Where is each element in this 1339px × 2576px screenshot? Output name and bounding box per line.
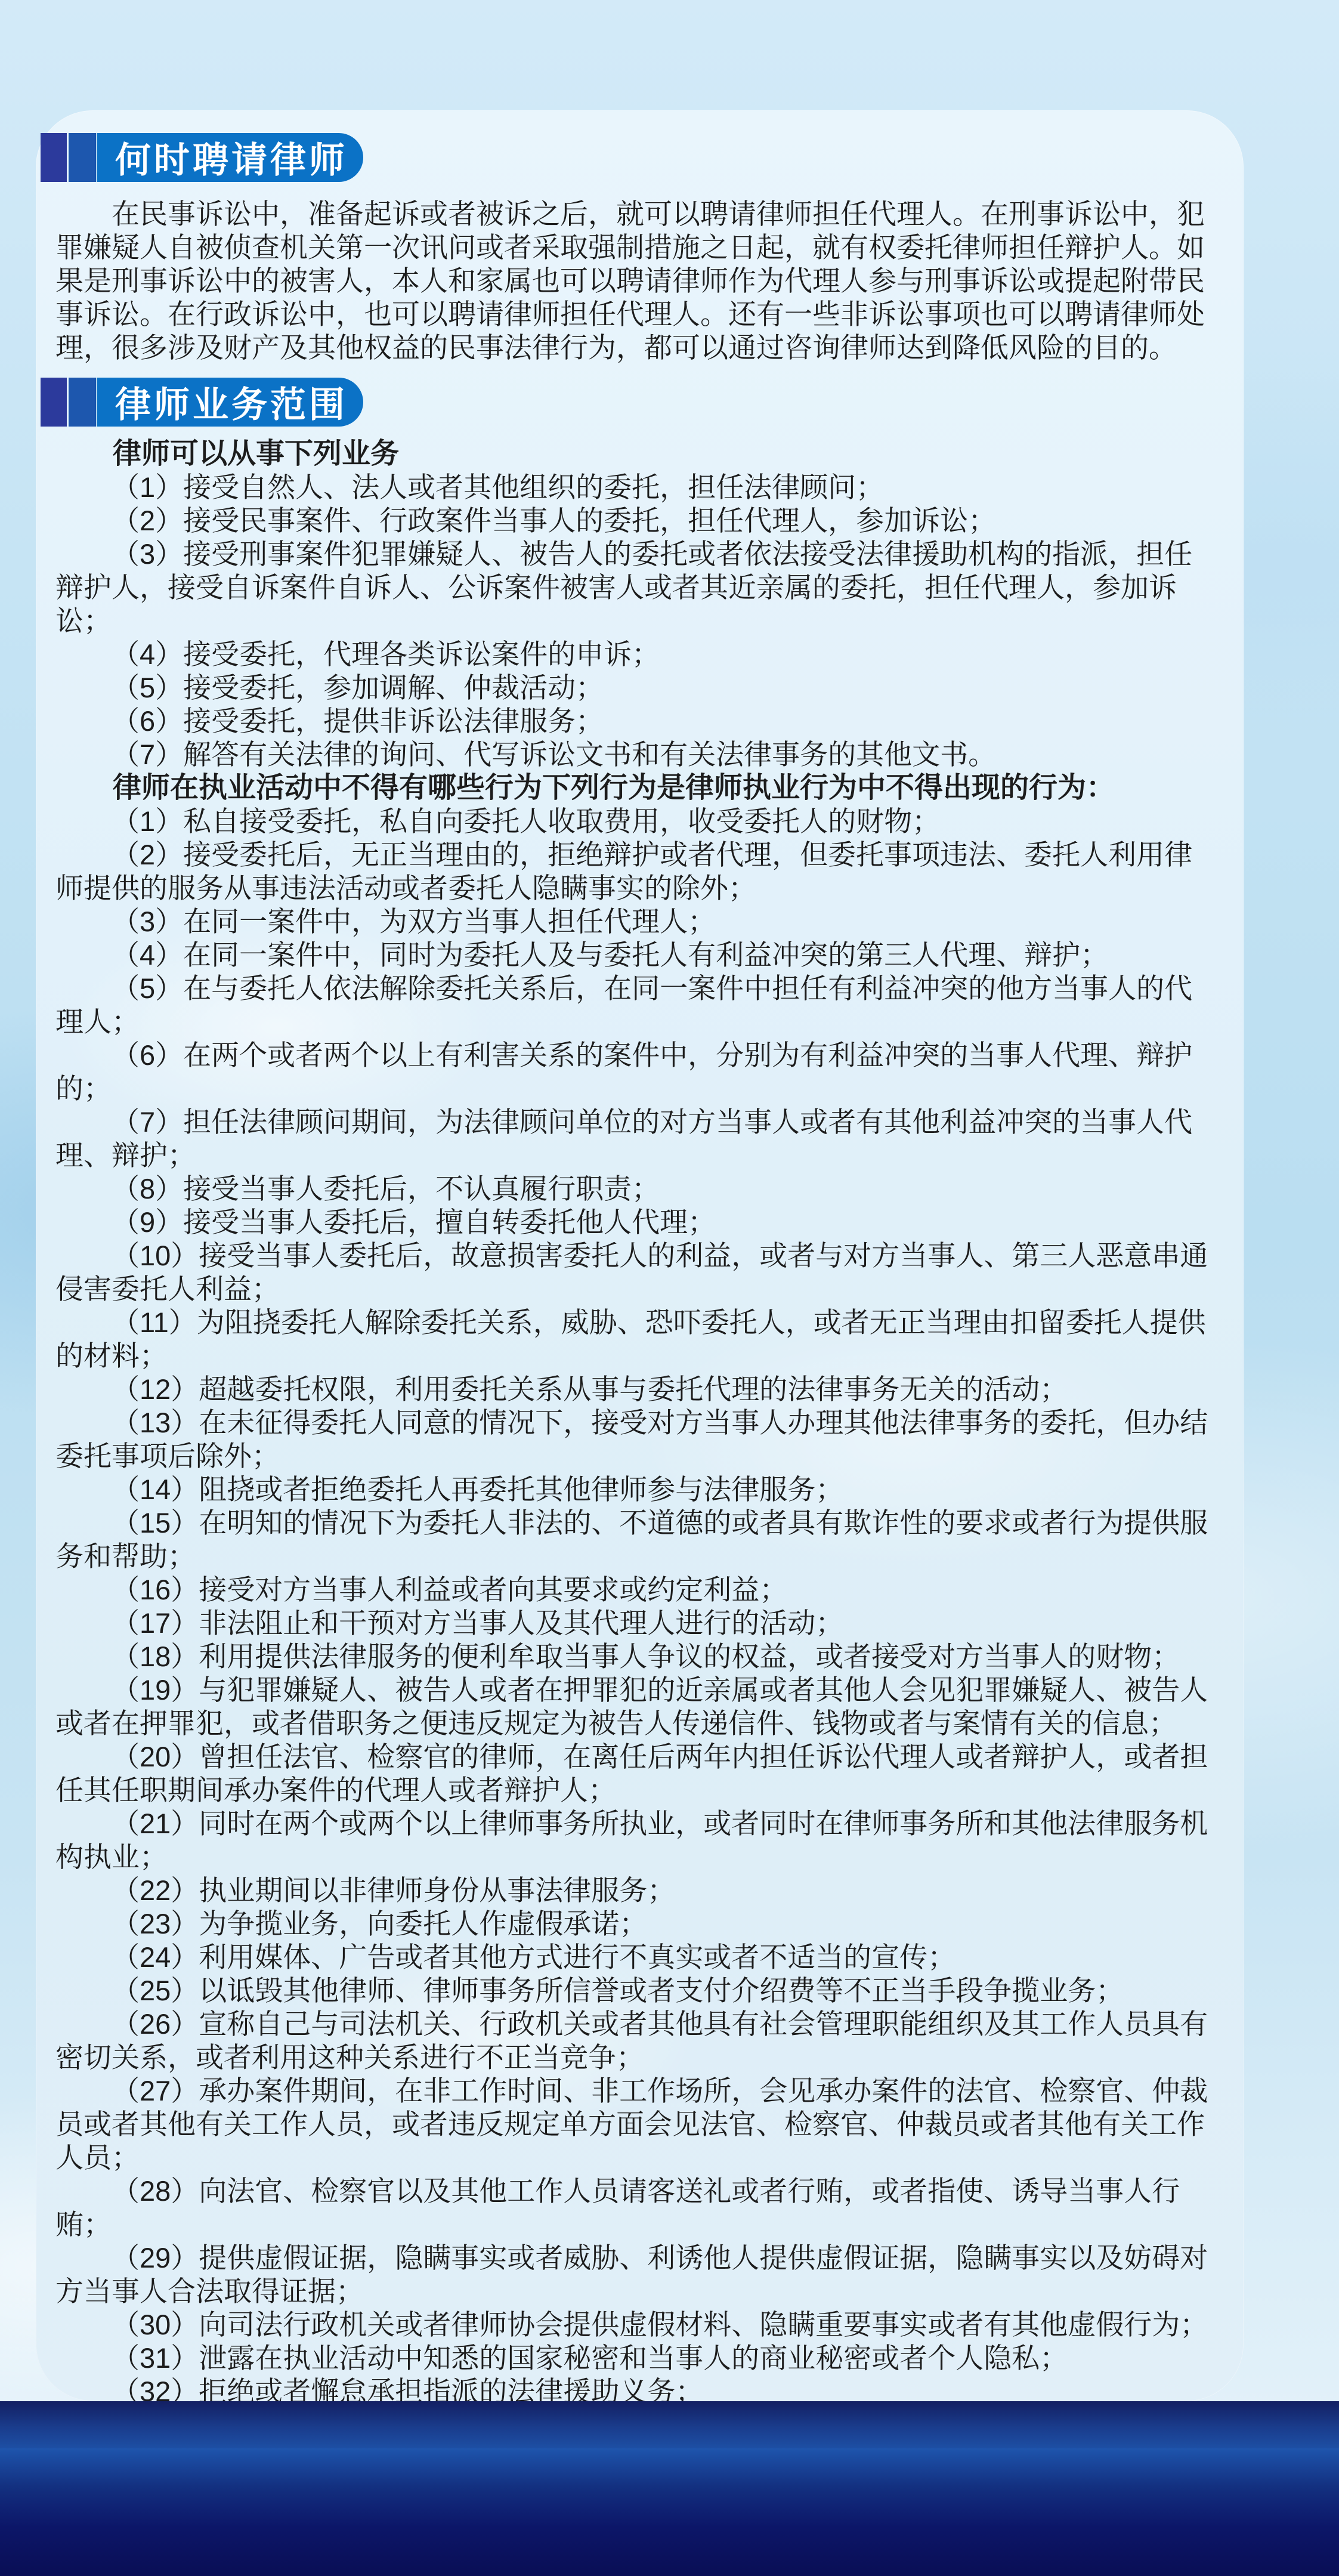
when-paragraph: 在民事诉讼中，准备起诉或者被诉之后，就可以聘请律师担任代理人。在刑事诉讼中，犯罪… [55,197,1217,365]
badge-pill-scope: 律师业务范围 [97,378,363,427]
poster-page: { "theme": { "accent_dark": "#2c3a9c", "… [0,0,1339,2576]
list-item: （1）接受自然人、法人或者其他组织的委托，担任法律顾问； [55,471,1217,504]
list-item: （5）接受委托，参加调解、仲裁活动； [55,671,1217,705]
list-item: （2）接受民事案件、行政案件当事人的委托，担任代理人，参加诉讼； [55,504,1217,538]
list-item: （6）在两个或者两个以上有利害关系的案件中，分别为有利益冲突的当事人代理、辩护的… [55,1039,1217,1105]
badge-accent-mid-block [69,378,96,427]
list-item: （22）执业期间以非律师身份从事法律服务； [55,1874,1217,1907]
badge-accent-dark-block [41,378,67,427]
list-item: （10）接受当事人委托后，故意损害委托人的利益，或者与对方当事人、第三人恶意串通… [55,1239,1217,1306]
can-do-heading: 律师可以从事下列业务 [55,437,1217,471]
badge-label-scope: 律师业务范围 [112,376,348,428]
list-item: （16）接受对方当事人利益或者向其要求或约定利益； [55,1573,1217,1607]
list-item: （31）泄露在执业活动中知悉的国家秘密和当事人的商业秘密或者个人隐私； [55,2342,1217,2375]
section-badge-scope: 律师业务范围 [41,378,1244,427]
list-item: （4）接受委托，代理各类诉讼案件的申诉； [55,638,1217,671]
list-item: （6）接受委托，提供非诉讼法律服务； [55,705,1217,738]
list-item: （24）利用媒体、广告或者其他方式进行不真实或者不适当的宣传； [55,1941,1217,1974]
content-panel: 何时聘请律师 在民事诉讼中，准备起诉或者被诉之后，就可以聘请律师担任代理人。在刑… [36,110,1244,2401]
list-item: （5）在与委托人依法解除委托关系后，在同一案件中担任有利益冲突的他方当事人的代理… [55,972,1217,1039]
footer-band-upper [0,2401,1339,2448]
list-item: （7）担任法律顾问期间，为法律顾问单位的对方当事人或者有其他利益冲突的当事人代理… [55,1105,1217,1172]
list-item: （13）在未征得委托人同意的情况下，接受对方当事人办理其他法律事务的委托，但办结… [55,1406,1217,1473]
list-item: （3）在同一案件中，为双方当事人担任代理人； [55,905,1217,938]
list-item: （9）接受当事人委托后，擅自转委托他人代理； [55,1206,1217,1239]
must-not-list: （1）私自接受委托，私自向委托人收取费用，收受委托人的财物；（2）接受委托后，无… [55,805,1217,2475]
badge-accent-dark-block [41,133,67,182]
list-item: （7）解答有关法律的询问、代写诉讼文书和有关法律事务的其他文书。 [55,738,1217,771]
list-item: （3）接受刑事案件犯罪嫌疑人、被告人的委托或者依法接受法律援助机构的指派，担任辩… [55,538,1217,638]
list-item: （29）提供虚假证据，隐瞒事实或者威胁、利诱他人提供虚假证据，隐瞒事实以及妨碍对… [55,2241,1217,2308]
list-item: （14）阻挠或者拒绝委托人再委托其他律师参与法律服务； [55,1473,1217,1506]
footer-band-lower [0,2448,1339,2576]
list-item: （23）为争揽业务，向委托人作虚假承诺； [55,1907,1217,1941]
must-not-heading: 律师在执业活动中不得有哪些行为下列行为是律师执业行为中不得出现的行为： [55,771,1217,805]
list-item: （8）接受当事人委托后，不认真履行职责； [55,1172,1217,1206]
scope-section: 律师可以从事下列业务 （1）接受自然人、法人或者其他组织的委托，担任法律顾问；（… [36,437,1244,2475]
list-item: （2）接受委托后，无正当理由的，拒绝辩护或者代理，但委托事项违法、委托人利用律师… [55,838,1217,905]
list-item: （12）超越委托权限，利用委托关系从事与委托代理的法律事务无关的活动； [55,1373,1217,1406]
list-item: （1）私自接受委托，私自向委托人收取费用，收受委托人的财物； [55,805,1217,838]
list-item: （26）宣称自己与司法机关、行政机关或者其他具有社会管理职能组织及其工作人员具有… [55,2007,1217,2074]
list-item: （18）利用提供法律服务的便利牟取当事人争议的权益，或者接受对方当事人的财物； [55,1640,1217,1673]
list-item: （25）以诋毁其他律师、律师事务所信誉或者支付介绍费等不正当手段争揽业务； [55,1974,1217,2007]
list-item: （20）曾担任法官、检察官的律师，在离任后两年内担任诉讼代理人或者辩护人，或者担… [55,1740,1217,1807]
list-item: （27）承办案件期间，在非工作时间、非工作场所，会见承办案件的法官、检察官、仲裁… [55,2074,1217,2175]
list-item: （17）非法阻止和干预对方当事人及其代理人进行的活动； [55,1607,1217,1640]
badge-accent-mid-block [69,133,96,182]
list-item: （30）向司法行政机关或者律师协会提供虚假材料、隐瞒重要事实或者有其他虚假行为； [55,2308,1217,2342]
list-item: （19）与犯罪嫌疑人、被告人或者在押罪犯的近亲属或者其他人会见犯罪嫌疑人、被告人… [55,1673,1217,1740]
list-item: （15）在明知的情况下为委托人非法的、不道德的或者具有欺诈性的要求或者行为提供服… [55,1506,1217,1573]
badge-pill-when: 何时聘请律师 [97,133,363,182]
badge-label-when: 何时聘请律师 [112,132,348,183]
list-item: （28）向法官、检察官以及其他工作人员请客送礼或者行贿，或者指使、诱导当事人行贿… [55,2175,1217,2241]
list-item: （4）在同一案件中，同时为委托人及与委托人有利益冲突的第三人代理、辩护； [55,938,1217,972]
list-item: （11）为阻挠委托人解除委托关系，威胁、恐吓委托人，或者无正当理由扣留委托人提供… [55,1306,1217,1373]
when-section: 在民事诉讼中，准备起诉或者被诉之后，就可以聘请律师担任代理人。在刑事诉讼中，犯罪… [36,197,1244,365]
section-badge-when: 何时聘请律师 [41,133,1244,182]
can-do-list: （1）接受自然人、法人或者其他组织的委托，担任法律顾问；（2）接受民事案件、行政… [55,471,1217,771]
list-item: （21）同时在两个或两个以上律师事务所执业，或者同时在律师事务所和其他法律服务机… [55,1807,1217,1874]
